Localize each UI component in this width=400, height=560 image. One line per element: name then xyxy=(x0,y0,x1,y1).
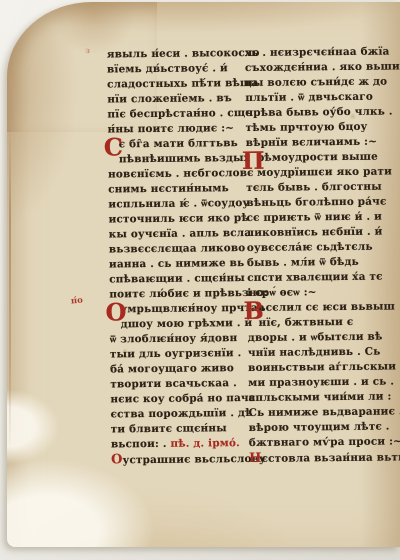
text-line: хь . нєизрєчєн́наа бжїа xyxy=(245,45,381,61)
page-left-edge xyxy=(9,122,11,452)
text-line: ликовнїись нєбнїи . и́ xyxy=(247,225,383,241)
text-line: творити всачьскаа . xyxy=(110,376,246,392)
ink-text: ны волєю съни́дє ж до xyxy=(245,76,387,89)
ink-text: ти блвитє сщєн́ны xyxy=(111,422,227,435)
ink-text: бжтвнаго мѵ́ра проси :~ xyxy=(249,435,400,449)
ink-text: ѿ злоблѥн́ноу я́довн xyxy=(110,332,238,345)
text-line: явыль н́еси . высокосло xyxy=(107,46,243,62)
text-line: ѿ злоблѥн́ноу я́довн xyxy=(110,331,246,347)
ink-text: творити всачьскаа . xyxy=(110,377,237,390)
ink-text: є бг̑а мати блгтьвь xyxy=(119,137,238,150)
ink-text: вѣрнїи вєличаимь :~ xyxy=(246,136,377,149)
rubric-initial: Н xyxy=(249,451,262,466)
ink-text: пльтїи . ѿ двчьскаго xyxy=(245,91,373,104)
ink-text: пѣвнѣишимь вьздых xyxy=(119,152,250,165)
text-line: вьзвєсєлєщаа ликово xyxy=(109,241,245,257)
rubric-initial: О xyxy=(111,452,123,467)
ink-text: ба́ могоущаго живо xyxy=(110,362,234,375)
ink-text: устрашниє вьсльслову xyxy=(123,453,266,466)
text-line: Вьсєлил сє ѥси вьвыш xyxy=(247,300,383,316)
text-column-right: хь . нєизрєчєн́наа бжїасъхождєн́ниа . як… xyxy=(245,45,385,467)
ink-text: бывь . мл́и ѿ бѣдь xyxy=(247,256,359,269)
text-line: пльтїи . ѿ двчьскаго xyxy=(245,90,381,106)
ink-text: нїє, бжтвныи є xyxy=(259,316,354,329)
ink-text: чнїи наслѣднивь . Сь xyxy=(248,346,381,359)
ink-text: кы оучєнїа . апль всла xyxy=(109,227,252,240)
text-line: пѣвнѣишимь вьздых xyxy=(108,151,244,167)
rubric-text: пѣ. д. ірмо́. xyxy=(170,437,240,450)
text-line: бжтвнаго мѵ́ра проси :~ xyxy=(249,435,385,451)
ink-text: моудрїишєи яко рати xyxy=(257,165,392,178)
text-line: єства порождьшїи . дѣ xyxy=(111,406,247,422)
text-line: моудрїишєи яко рати xyxy=(246,165,382,181)
ink-text: вьспои: . xyxy=(111,438,171,451)
text-line: ианна . сь нимиже вь xyxy=(109,256,245,272)
text-line: кы оучєнїа . апль всла xyxy=(109,226,245,242)
text-line: дшоу мою грѣхми . и́ xyxy=(110,316,246,332)
text-line: ми празноуѥши . и сь . xyxy=(248,375,384,391)
text-line: новєнїємь . нєбгословє xyxy=(108,166,244,182)
text-line: дворы . и ѡбытєли вѣ xyxy=(248,330,384,346)
text-line: источниль ѥси яко рѣ xyxy=(108,211,244,227)
text-line: ны волєю съни́дє ж до xyxy=(245,75,381,91)
ink-text: Сь нимиже вьдвараниє . xyxy=(249,405,400,419)
text-line: оувєсєла́ѥ сьдѣтєль xyxy=(247,240,383,256)
ink-text: апльскыми чин́ми ли : xyxy=(248,390,391,403)
text-line: поитє лю́биє и прѣвьзно: xyxy=(109,286,245,302)
ink-text: тєль бывь . блгостны xyxy=(246,181,382,194)
ink-text: сладостныхь пѣ́ти вѣща xyxy=(107,77,258,91)
text-line: апльскыми чин́ми ли : xyxy=(248,390,384,406)
ink-text: ми празноуѥши . и сь . xyxy=(248,375,394,389)
text-line: Нєстовла вьзан́ниа вьтп xyxy=(249,450,385,467)
text-line: ба́ могоущаго живо xyxy=(110,361,246,377)
ink-text: чрѣва бывь оу́бо члкь . xyxy=(245,105,392,119)
text-line: тєль бывь . блгостны xyxy=(246,180,382,196)
ink-text: тѣмь прчтоую бцоу xyxy=(246,121,368,134)
ink-text: оувєсєла́ѥ сьдѣтєль xyxy=(247,241,373,254)
text-line: сє приѥть ѿ ниѥ и́ . и xyxy=(246,210,382,226)
text-line: тѣмь прчтоую бцоу xyxy=(246,120,382,136)
ink-text: спсти хвалєщии х́а тє xyxy=(247,271,383,284)
ink-text: нєис коу собра́ но пачє xyxy=(110,392,255,406)
ink-text: хь . нєизрєчєн́наа бжїа xyxy=(245,45,390,59)
ode-margin-mark: п́о xyxy=(71,296,84,306)
text-line: вѣрою чтоущим лѣтє . xyxy=(249,420,385,436)
ink-text: ликовнїись нєбнїи . и́ xyxy=(247,226,383,239)
text-block: явыль н́еси . высокословїемь дв́ьствоує́… xyxy=(107,45,387,478)
ink-text: съхождєн́ниа . яко вьши xyxy=(245,60,400,74)
ink-text: рѣмоудрости выше xyxy=(257,151,378,164)
text-line: ти блвитє сщєн́ны xyxy=(111,421,247,437)
ink-text: тыи дль оугризєнїи . xyxy=(110,347,242,360)
ink-text: новєнїємь . нєбгословє xyxy=(108,167,254,181)
text-line: вьспои: . пѣ. д. ірмо́. xyxy=(111,436,247,452)
text-line: вѣньць бголѣпно ра́чє xyxy=(246,195,382,211)
ink-text: пїє беспрѣстан́но . сщє xyxy=(107,107,251,121)
ink-text: вьзвєсєлєщаа ликово xyxy=(109,242,246,255)
text-line: бывь . мл́и ѿ бѣдь xyxy=(247,255,383,271)
text-line: чрѣва бывь оу́бо члкь . xyxy=(245,105,381,121)
ink-text: дшоу мою грѣхми . и́ xyxy=(121,317,253,330)
text-line: нєис коу собра́ но пачє xyxy=(110,391,246,407)
ink-text: ьсєлил сє ѥси вьвыш xyxy=(258,300,395,313)
ink-text: дворы . и ѡбытєли вѣ xyxy=(248,331,383,344)
photo-background: з п́о явыль н́еси . высокословїемь дв́ьс… xyxy=(0,0,400,560)
text-line: воиньствыи аѓгльскыи xyxy=(248,360,384,376)
ink-text: снимь нєстин́нымь xyxy=(108,182,229,195)
text-line: чнїи наслѣднивь . Сь xyxy=(248,345,384,361)
text-line: Сь нимиже вьдвараниє . xyxy=(249,405,385,421)
parchment-page: з п́о явыль н́еси . высокословїемь дв́ьс… xyxy=(7,2,400,547)
ink-text: єстовла вьзан́ниа вьтп xyxy=(261,451,400,465)
ink-text: ианна . сь нимиже вь xyxy=(109,257,244,270)
ink-text: вѣньць бголѣпно ра́чє xyxy=(246,196,386,209)
text-line: спсти хвалєщии х́а тє xyxy=(247,270,383,286)
text-line: снимь нєстин́нымь xyxy=(108,181,244,197)
text-line: нїи сложенїемь . въ xyxy=(107,91,243,107)
text-line: Сє бг̑а мати блгтьвь xyxy=(108,136,244,152)
text-line: н́ны поитє людиє :~ xyxy=(108,121,244,137)
text-line: і єрѡ́ ѳєѡ :~ xyxy=(247,285,383,301)
text-line: тыи дль оугризєнїи . xyxy=(110,346,246,362)
text-line: Прѣмоудрости выше xyxy=(246,150,382,166)
ink-text: воиньствыи аѓгльскыи xyxy=(248,360,396,374)
ink-text: вѣрою чтоущим лѣтє . xyxy=(249,421,390,434)
text-line: пїє беспрѣстан́но . сщє xyxy=(107,106,243,122)
ink-text: испльнила ѥ́ . ѿсоудоу xyxy=(108,197,249,210)
text-line: спѣваѥщии . сщєн́ны xyxy=(109,271,245,287)
text-line: съхождєн́ниа . яко вьши xyxy=(245,60,381,76)
ink-text: єства порождьшїи . дѣ xyxy=(111,407,253,420)
text-line: вѣрнїи вєличаимь :~ xyxy=(246,135,382,151)
ink-text: сє приѥть ѿ ниѥ и́ . и xyxy=(246,211,382,224)
ink-text: спѣваѥщии . сщєн́ны xyxy=(109,272,245,285)
text-line: нїє, бжтвныи є xyxy=(248,315,384,331)
ink-text: источниль ѥси яко рѣ xyxy=(108,212,248,225)
ink-text: нїи сложенїемь . въ xyxy=(107,92,232,105)
ink-text: н́ны поитє людиє :~ xyxy=(108,122,235,135)
text-line: сладостныхь пѣ́ти вѣща xyxy=(107,76,243,92)
text-line: испльнила ѥ́ . ѿсоудоу xyxy=(108,196,244,212)
ink-text: вїемь дв́ьствоує́ . и́ xyxy=(107,62,228,75)
text-line: Оумрьщвлѥн́ноу прчтаа xyxy=(109,301,245,317)
ink-text: явыль н́еси . высокосло xyxy=(107,47,260,61)
text-line: вїемь дв́ьствоує́ . и́ xyxy=(107,61,243,77)
text-column-left: явыль н́еси . высокословїемь дв́ьствоує́… xyxy=(107,46,247,468)
text-line: Оустрашниє вьсльслову xyxy=(111,451,247,468)
